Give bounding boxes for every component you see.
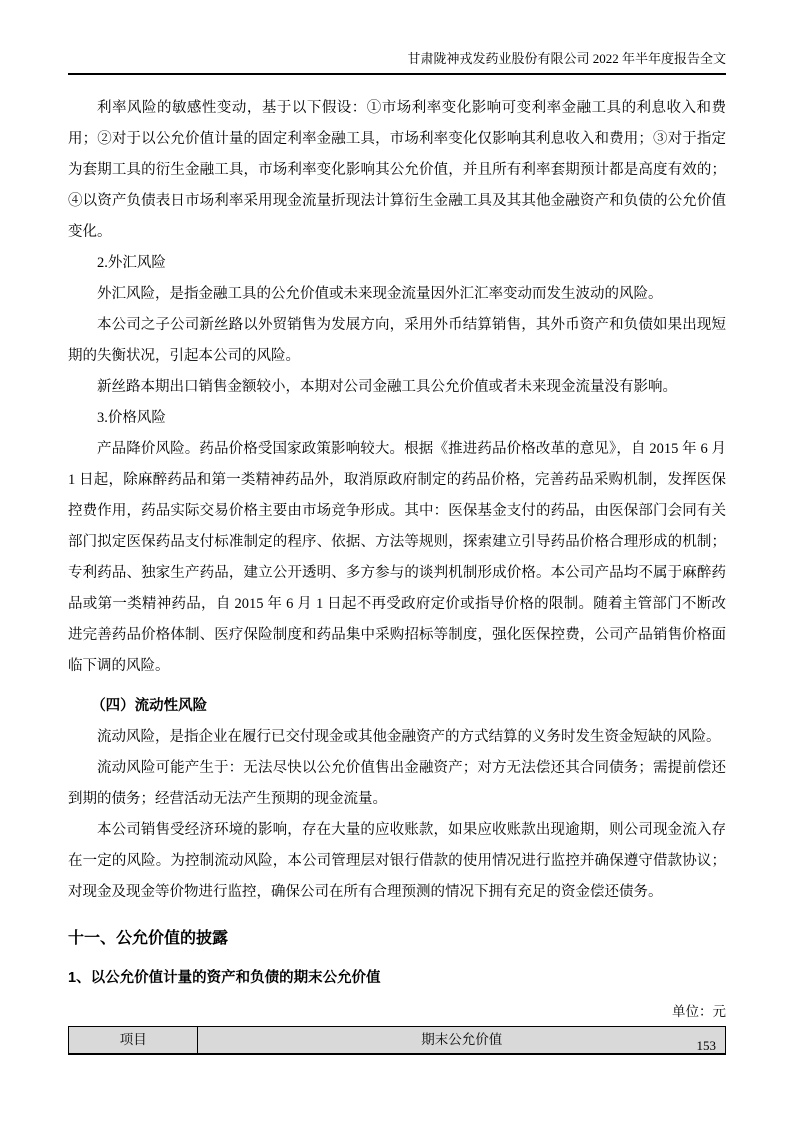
paragraph-liquidity-sources: 流动风险可能产生于：无法尽快以公允价值售出金融资产；对方无法偿还其合同债务；需提… — [68, 753, 726, 815]
column-header-item: 项目 — [69, 1027, 198, 1055]
paragraph-liquidity-control: 本公司销售受经济环境的影响，存在大量的应收账款，如果应收账款出现逾期，则公司现金… — [68, 815, 726, 908]
fair-value-table: 项目 期末公允价值 — [68, 1026, 726, 1055]
subitem-foreign-exchange-risk: 2.外汇风险 — [68, 248, 726, 279]
heading-liquidity-risk: （四）流动性风险 — [68, 691, 726, 722]
paragraph-interest-rate-sensitivity: 利率风险的敏感性变动，基于以下假设：①市场利率变化影响可变利率金融工具的利息收入… — [68, 93, 726, 248]
report-page: 甘肃陇神戎发药业股份有限公司 2022 年半年度报告全文 利率风险的敏感性变动，… — [0, 0, 793, 1122]
table-header-row: 项目 期末公允价值 — [69, 1027, 726, 1055]
page-content: 甘肃陇神戎发药业股份有限公司 2022 年半年度报告全文 利率风险的敏感性变动，… — [68, 0, 726, 1055]
column-header-period-end-fair-value: 期末公允价值 — [198, 1027, 726, 1055]
subsection-heading-period-end-fair-value: 1、以公允价值计量的资产和负债的期末公允价值 — [68, 966, 726, 990]
paragraph-liquidity-definition: 流动风险，是指企业在履行已交付现金或其他金融资产的方式结算的义务时发生资金短缺的… — [68, 722, 726, 753]
page-header: 甘肃陇神戎发药业股份有限公司 2022 年半年度报告全文 — [68, 0, 726, 75]
paragraph-price-risk-detail: 产品降价风险。药品价格受国家政策影响较大。根据《推进药品价格改革的意见》，自 2… — [68, 434, 726, 682]
unit-label: 单位：元 — [68, 1002, 726, 1022]
subitem-price-risk: 3.价格风险 — [68, 403, 726, 434]
paragraph-subsidiary-forex: 本公司之子公司新丝路以外贸销售为发展方向，采用外币结算销售，其外币资产和负债如果… — [68, 310, 726, 372]
section-heading-fair-value-disclosure: 十一、公允价值的披露 — [68, 926, 726, 952]
paragraph-forex-definition: 外汇风险，是指金融工具的公允价值或未来现金流量因外汇汇率变动而发生波动的风险。 — [68, 279, 726, 310]
page-number: 153 — [697, 1038, 717, 1054]
header-title: 甘肃陇神戎发药业股份有限公司 2022 年半年度报告全文 — [407, 51, 726, 66]
paragraph-export-sales: 新丝路本期出口销售金额较小，本期对公司金融工具公允价值或者未来现金流量没有影响。 — [68, 372, 726, 403]
